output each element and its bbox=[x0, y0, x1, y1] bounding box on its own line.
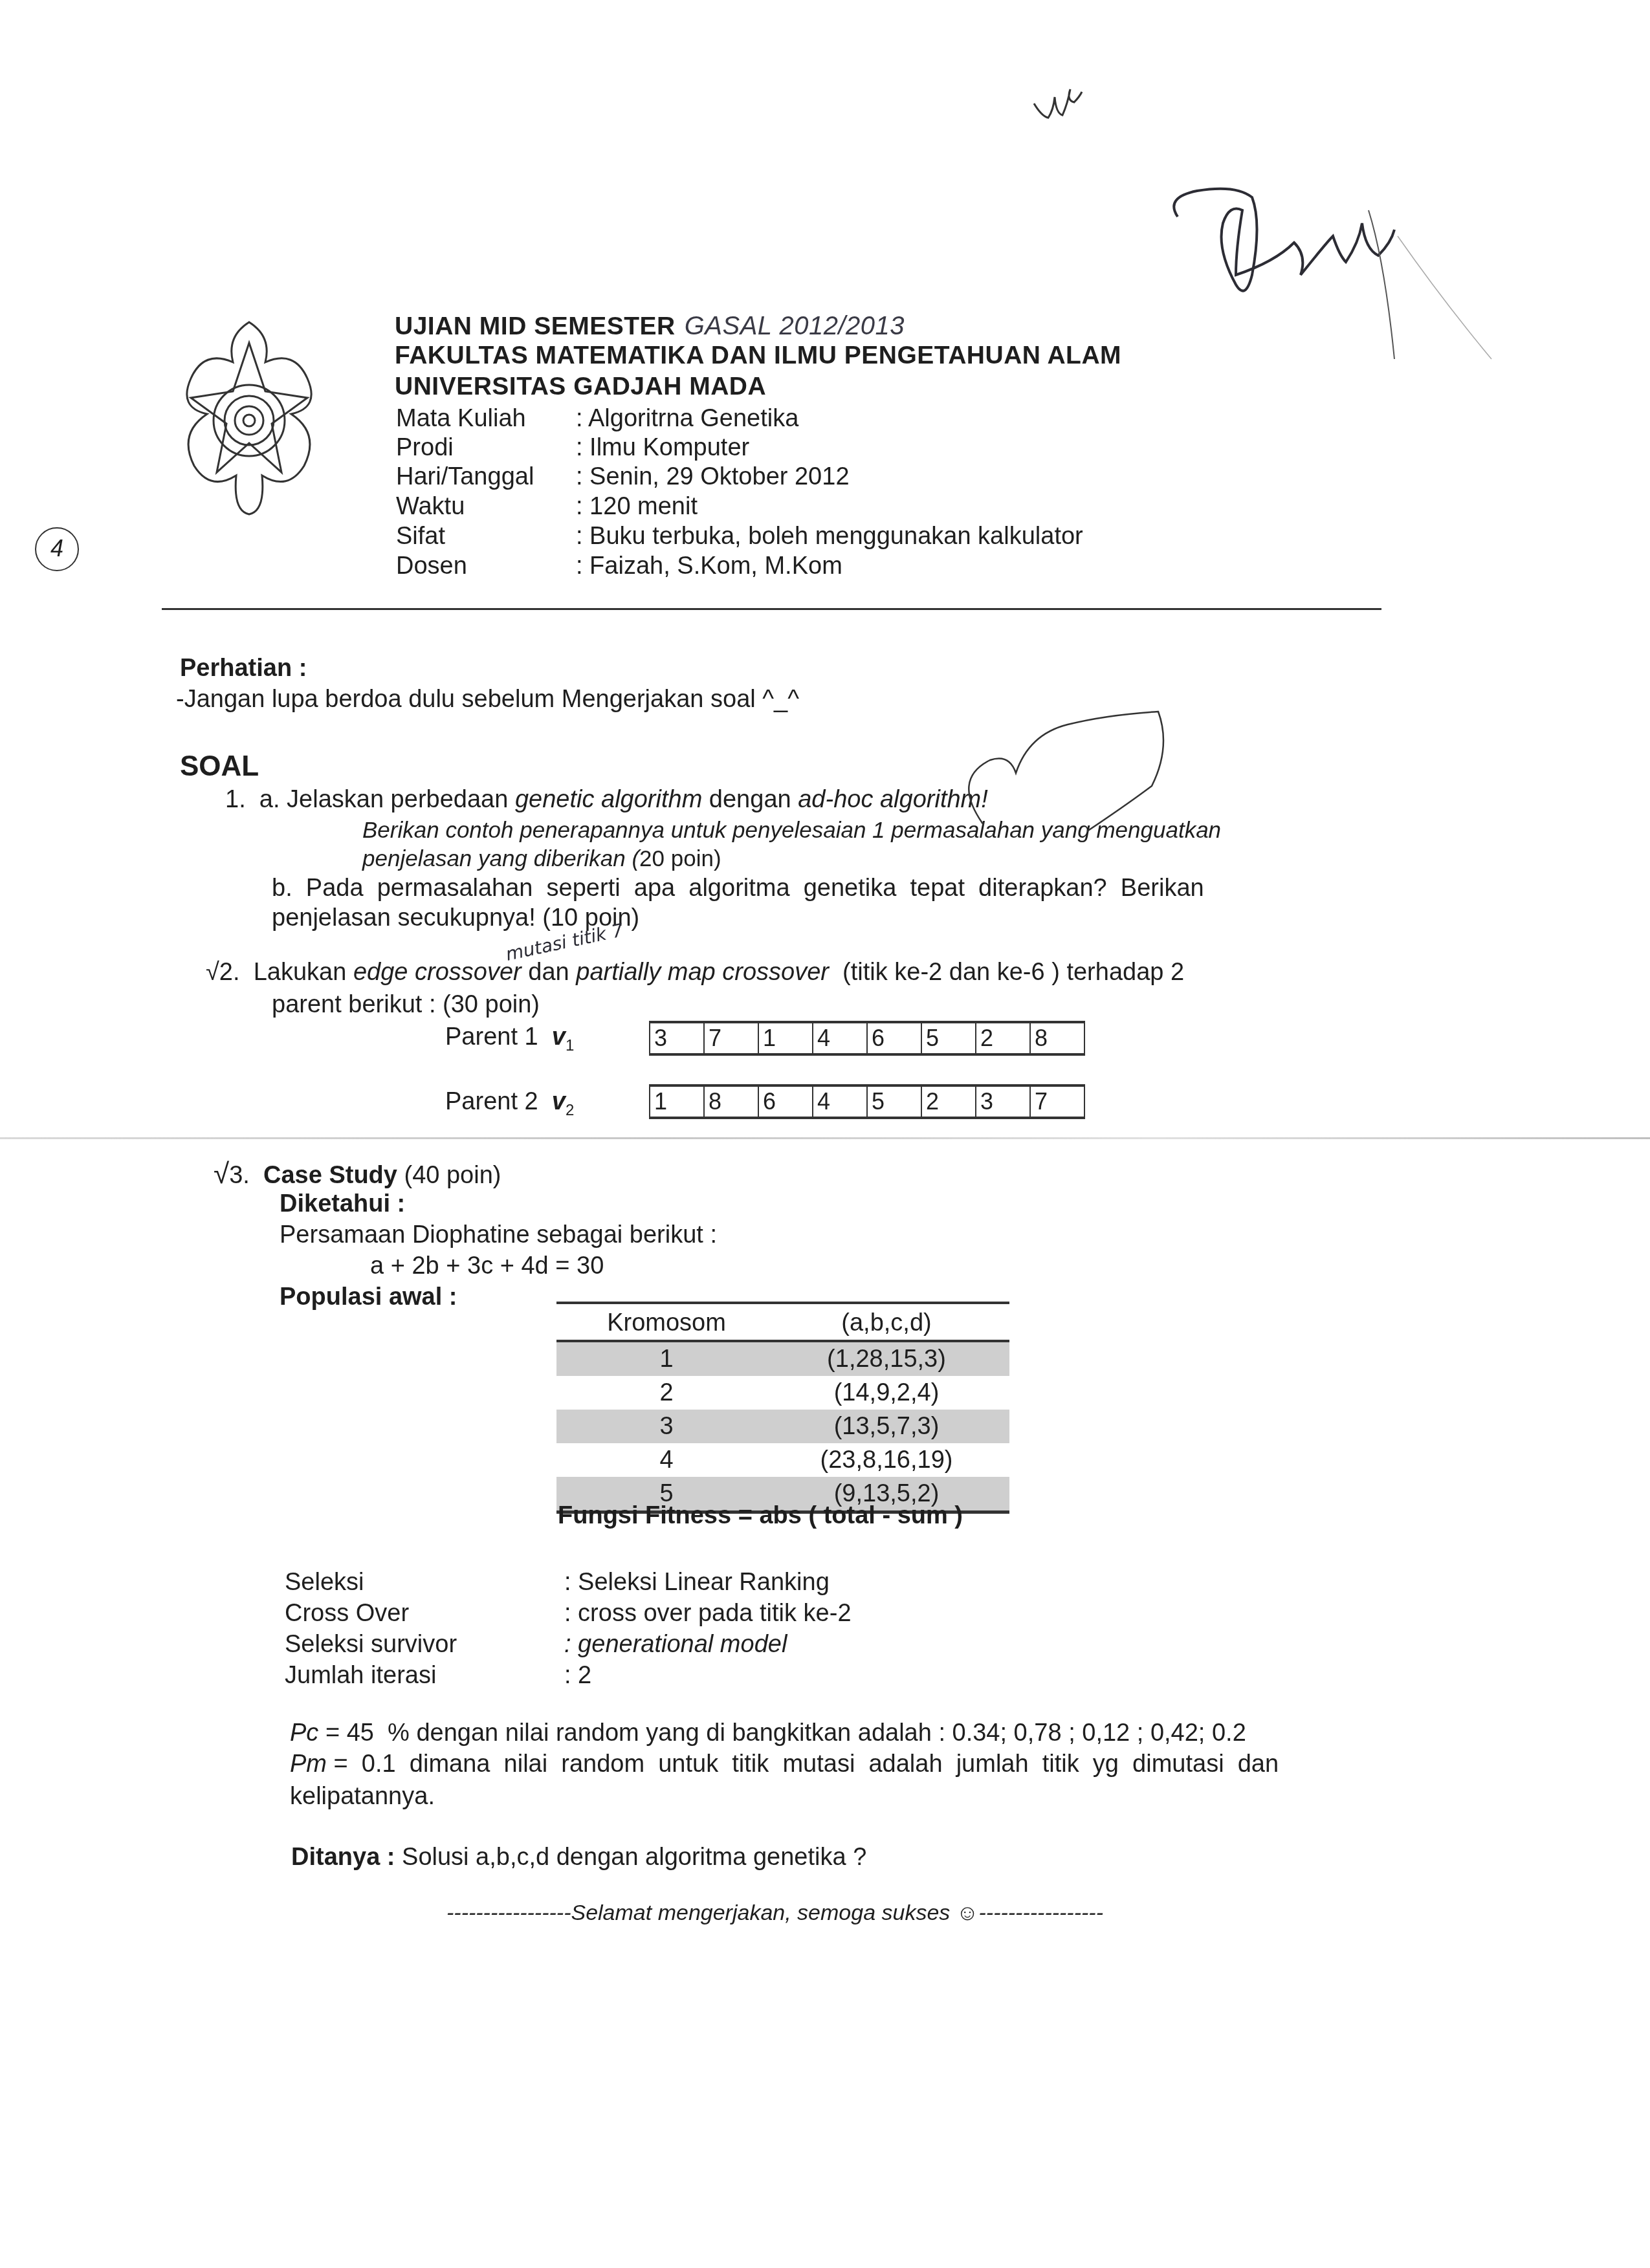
gene-cell: 5 bbox=[922, 1023, 976, 1053]
paper-fold-line bbox=[0, 1137, 1650, 1139]
meta-course: Mata Kuliah: Algoritrna Genetika bbox=[396, 405, 798, 435]
meta-date: Hari/Tanggal: Senin, 29 Oktober 2012 bbox=[396, 463, 850, 493]
exam-title: UJIAN MID SEMESTERGASAL 2012/2013 bbox=[395, 312, 905, 341]
header-divider bbox=[162, 608, 1381, 610]
table-row: 2(14,9,2,4) bbox=[556, 1376, 1009, 1410]
faculty-name: FAKULTAS MATEMATIKA DAN ILMU PENGETAHUAN… bbox=[395, 342, 1121, 370]
page-number-circle: 4 bbox=[35, 527, 79, 571]
param-crossover: Cross Over: cross over pada titik ke-2 bbox=[285, 1600, 852, 1631]
gene-cell: 6 bbox=[759, 1087, 813, 1117]
parent1-label: Parent 1 v1 bbox=[445, 1023, 574, 1055]
notice-text: -Jangan lupa berdoa dulu sebelum Mengerj… bbox=[176, 686, 799, 714]
meta-program: Prodi: Ilmu Komputer bbox=[396, 434, 749, 464]
gene-cell: 7 bbox=[705, 1023, 759, 1053]
pc-line: Pc = 45 % dengan nilai random yang di ba… bbox=[290, 1719, 1246, 1747]
meta-lecturer: Dosen: Faizah, S.Kom, M.Kom bbox=[396, 552, 842, 582]
fitness-function: Fungsi Fitness = abs ( total - sum ) bbox=[558, 1502, 963, 1530]
param-survivor: Seleksi survivor: generational model bbox=[285, 1631, 787, 1662]
gene-cell: 5 bbox=[868, 1087, 922, 1117]
gene-cell: 8 bbox=[1031, 1023, 1085, 1053]
col-header-chromosome: Kromosom bbox=[556, 1303, 764, 1341]
param-selection: Seleksi: Seleksi Linear Ranking bbox=[285, 1569, 830, 1600]
gene-cell: 8 bbox=[705, 1087, 759, 1117]
q2-line2: parent berikut : (30 poin) bbox=[272, 991, 540, 1019]
handwritten-semester: GASAL 2012/2013 bbox=[685, 312, 905, 340]
population-table: Kromosom (a,b,c,d) 1(1,28,15,3) 2(14,9,2… bbox=[556, 1302, 1009, 1514]
col-header-genes: (a,b,c,d) bbox=[764, 1303, 1009, 1341]
q1-line-a: 1. a. Jelaskan perbedaan genetic algorit… bbox=[225, 786, 988, 814]
pm-line: Pm = 0.1 dimana nilai random untuk titik… bbox=[290, 1750, 1279, 1778]
gene-cell: 3 bbox=[650, 1023, 705, 1053]
parent2-label: Parent 2 v2 bbox=[445, 1088, 574, 1120]
q1-line-a3: penjelasan yang diberikan (20 poin) bbox=[362, 846, 721, 872]
heart-doodle-icon bbox=[958, 708, 1171, 838]
soal-heading: SOAL bbox=[180, 750, 259, 783]
university-emblem-icon bbox=[175, 317, 324, 518]
pm-line2: kelipatannya. bbox=[290, 1783, 435, 1811]
q3-equation-intro: Persamaan Diophatine sebagai berikut : bbox=[280, 1221, 717, 1249]
gene-cell: 6 bbox=[868, 1023, 922, 1053]
university-name: UNIVERSITAS GADJAH MADA bbox=[395, 373, 766, 401]
gene-cell: 4 bbox=[813, 1087, 868, 1117]
initials-mark-icon bbox=[1029, 78, 1106, 136]
gene-cell: 2 bbox=[976, 1023, 1031, 1053]
gene-cell: 3 bbox=[976, 1087, 1031, 1117]
gene-cell: 1 bbox=[759, 1023, 813, 1053]
parent2-chromosome: 18645237 bbox=[649, 1084, 1085, 1119]
gene-cell: 4 bbox=[813, 1023, 868, 1053]
table-row: 3(13,5,7,3) bbox=[556, 1410, 1009, 1443]
meta-duration: Waktu: 120 menit bbox=[396, 493, 698, 523]
meta-nature: Sifat: Buku terbuka, boleh menggunakan k… bbox=[396, 523, 1083, 552]
q3-known-label: Diketahui : bbox=[280, 1190, 405, 1218]
param-iterations: Jumlah iterasi: 2 bbox=[285, 1662, 591, 1693]
signature-icon bbox=[1139, 146, 1501, 378]
q2-line1: √2. Lakukan edge crossover dan partially… bbox=[206, 959, 1184, 987]
q3-equation: a + 2b + 3c + 4d = 30 bbox=[370, 1252, 604, 1280]
gene-cell: 7 bbox=[1031, 1087, 1085, 1117]
closing-message: -----------------Selamat mengerjakan, se… bbox=[446, 1901, 1103, 1926]
notice-heading: Perhatian : bbox=[180, 655, 307, 682]
q3-title: √3. Case Study (40 poin) bbox=[214, 1158, 501, 1190]
q3-population-label: Populasi awal : bbox=[280, 1283, 457, 1311]
gene-cell: 1 bbox=[650, 1087, 705, 1117]
gene-cell: 2 bbox=[922, 1087, 976, 1117]
asked-line: Ditanya : Solusi a,b,c,d dengan algoritm… bbox=[291, 1844, 866, 1871]
table-row: 1(1,28,15,3) bbox=[556, 1341, 1009, 1376]
q1-line-b1: b. Pada permasalahan seperti apa algorit… bbox=[272, 875, 1365, 902]
table-row: 4(23,8,16,19) bbox=[556, 1443, 1009, 1477]
parent1-chromosome: 37146528 bbox=[649, 1021, 1085, 1056]
